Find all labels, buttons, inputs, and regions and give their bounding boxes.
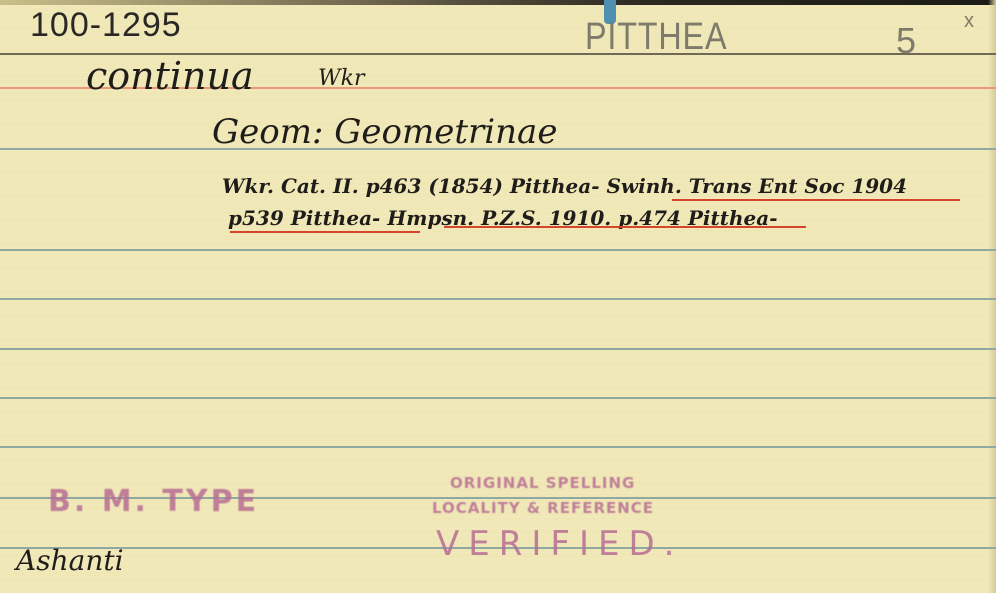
reference-underline xyxy=(444,226,806,228)
verified-stamp-line-3: VERIFIED. xyxy=(436,524,683,564)
card-number: 5 xyxy=(896,20,917,62)
reference-line-1: Wkr. Cat. II. p463 (1854) Pitthea- Swinh… xyxy=(222,174,907,198)
genus-label: PITTHEA xyxy=(585,16,727,59)
species-name: continua xyxy=(86,54,254,98)
ruled-line xyxy=(0,249,996,251)
ruled-line xyxy=(0,298,996,300)
family-line: Geom: Geometrinae xyxy=(212,112,557,152)
locality: Ashanti xyxy=(16,544,124,577)
ruled-line xyxy=(0,446,996,448)
ruled-line xyxy=(0,397,996,399)
species-author: Wkr xyxy=(318,66,364,91)
bm-type-stamp: B. M. TYPE xyxy=(48,484,259,519)
card-top-edge xyxy=(0,0,996,5)
ruled-line xyxy=(0,348,996,350)
verified-stamp-line-2: LOCALITY & REFERENCE xyxy=(432,499,654,517)
verified-stamp-line-1: ORIGINAL SPELLING xyxy=(450,474,635,492)
index-card: 100-1295 PITTHEA 5 x continua Wkr Geom: … xyxy=(0,0,996,593)
corner-mark: x xyxy=(964,10,975,33)
reference-underline xyxy=(230,231,420,233)
reference-underline xyxy=(672,199,960,201)
catalog-number: 100-1295 xyxy=(30,6,182,45)
